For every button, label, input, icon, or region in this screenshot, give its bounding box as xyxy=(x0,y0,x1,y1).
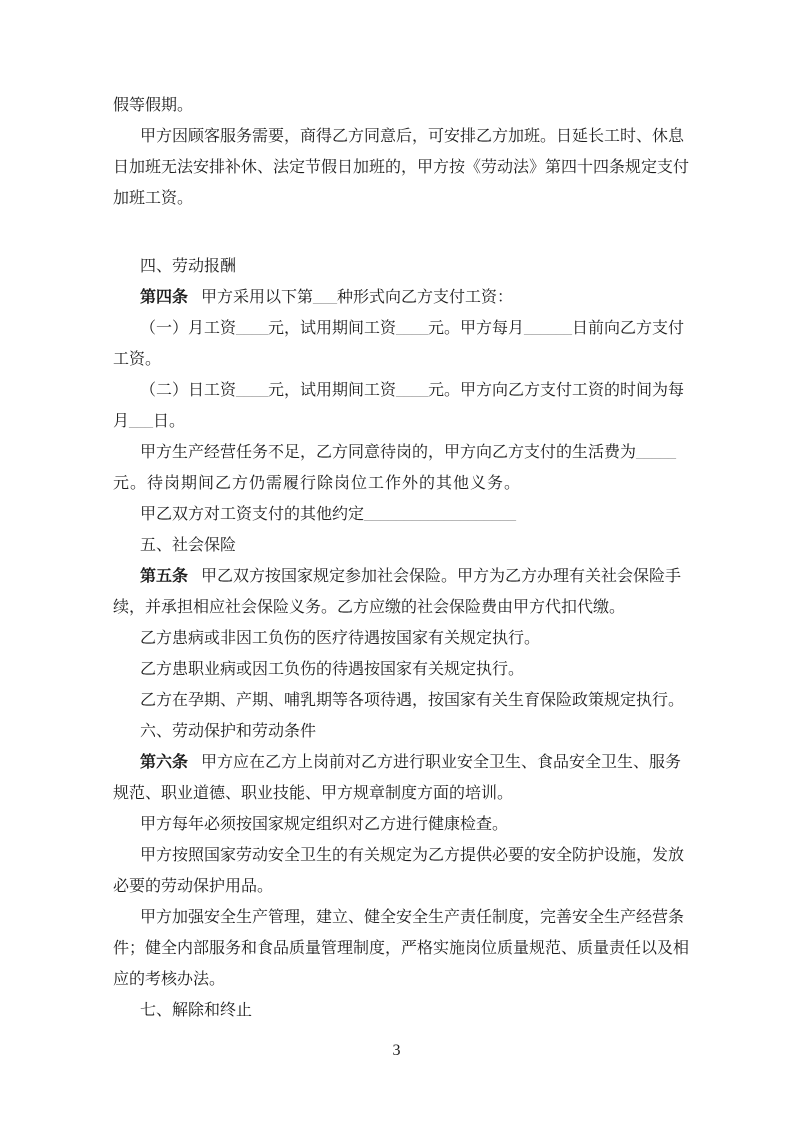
text-line: 第五条甲乙双方按国家规定参加社会保险。甲方为乙方办理有关社会保险手 xyxy=(113,561,700,592)
text-segment: （一）月工资 xyxy=(140,320,236,337)
text-segment: 月 xyxy=(113,413,129,430)
blank-field: ______ xyxy=(524,320,572,337)
text-segment: 种形式向乙方支付工资： xyxy=(337,289,513,306)
text-segment: 加班工资。 xyxy=(113,190,193,207)
text-segment: 元，试用期间工资 xyxy=(268,382,396,399)
text-segment: 七、解除和终止 xyxy=(140,1002,252,1019)
text-segment: 乙方患职业病或因工负伤的待遇按国家有关规定执行。 xyxy=(140,661,524,678)
blank-field: ___ xyxy=(313,289,337,306)
text-segment: 甲方加强安全生产管理，建立、健全安全生产责任制度，完善安全生产经营条 xyxy=(140,909,684,926)
document-page: 假等假期。甲方因顾客服务需要，商得乙方同意后，可安排乙方加班。日延长工时、休息日… xyxy=(0,0,793,1122)
text-segment: 元。甲方每月 xyxy=(428,320,524,337)
text-segment: 甲方因顾客服务需要，商得乙方同意后，可安排乙方加班。日延长工时、休息 xyxy=(140,128,684,145)
text-line: 月___日。 xyxy=(113,406,700,437)
page-number: 3 xyxy=(0,1040,793,1062)
text-segment: 六、劳动保护和劳动条件 xyxy=(140,723,316,740)
blank-field: ___ xyxy=(129,413,153,430)
text-line: 甲方加强安全生产管理，建立、健全安全生产责任制度，完善安全生产经营条 xyxy=(113,902,700,933)
text-segment: 必要的劳动保护用品。 xyxy=(113,878,273,895)
text-segment: 乙方患病或非因工负伤的医疗待遇按国家有关规定执行。 xyxy=(140,630,540,647)
text-segment: 乙方在孕期、产期、哺乳期等各项待遇，按国家有关生育保险政策规定执行。 xyxy=(140,692,684,709)
blank-field: ____ xyxy=(236,382,268,399)
text-segment: 四、劳动报酬 xyxy=(140,258,236,275)
text-segment: 假等假期。 xyxy=(113,97,193,114)
text-segment: 甲方每年必须按国家规定组织对乙方进行健康检查。 xyxy=(140,816,508,833)
text-segment: 甲乙双方对工资支付的其他约定 xyxy=(140,506,364,523)
text-line: 五、社会保险 xyxy=(113,530,700,561)
text-line: 假等假期。 xyxy=(113,90,700,121)
blank-field: ____ xyxy=(236,320,268,337)
text-line: 续，并承担相应社会保险义务。乙方应缴的社会保险费由甲方代扣代缴。 xyxy=(113,592,700,623)
text-line: 甲方因顾客服务需要，商得乙方同意后，可安排乙方加班。日延长工时、休息 xyxy=(113,121,700,152)
text-segment: 日加班无法安排补休、法定节假日加班的，甲方按《劳动法》第四十四条规定支付 xyxy=(113,159,689,176)
text-line: 第四条甲方采用以下第___种形式向乙方支付工资： xyxy=(113,282,700,313)
text-line: 日加班无法安排补休、法定节假日加班的，甲方按《劳动法》第四十四条规定支付 xyxy=(113,152,700,183)
text-line: 元。待岗期间乙方仍需履行除岗位工作外的其他义务。 xyxy=(113,468,700,499)
text-line: 甲乙双方对工资支付的其他约定___________________ xyxy=(113,499,700,530)
text-segment: 日前向乙方支付 xyxy=(572,320,684,337)
text-segment: 甲方应在乙方上岗前对乙方进行职业安全卫生、食品安全卫生、服务 xyxy=(201,754,681,771)
text-segment: 应的考核办法。 xyxy=(113,971,225,988)
text-line: 甲方按照国家劳动安全卫生的有关规定为乙方提供必要的安全防护设施，发放 xyxy=(113,840,700,871)
text-line: 乙方患病或非因工负伤的医疗待遇按国家有关规定执行。 xyxy=(113,623,700,654)
text-segment: 甲方采用以下第 xyxy=(201,289,313,306)
text-segment: 元，试用期间工资 xyxy=(268,320,396,337)
text-line: 六、劳动保护和劳动条件 xyxy=(113,716,700,747)
text-line: 甲方每年必须按国家规定组织对乙方进行健康检查。 xyxy=(113,809,700,840)
text-line: 应的考核办法。 xyxy=(113,964,700,995)
text-segment: 五、社会保险 xyxy=(140,537,236,554)
text-line: 工资。 xyxy=(113,344,700,375)
blank-field: ____ xyxy=(396,320,428,337)
text-line: 乙方患职业病或因工负伤的待遇按国家有关规定执行。 xyxy=(113,654,700,685)
text-segment: 工资。 xyxy=(113,351,161,368)
text-line: 件；健全内部服务和食品质量管理制度，严格实施岗位质量规范、质量责任以及相 xyxy=(113,933,700,964)
text-line: （一）月工资____元，试用期间工资____元。甲方每月______日前向乙方支… xyxy=(113,313,700,344)
text-line: 甲方生产经营任务不足，乙方同意待岗的，甲方向乙方支付的生活费为_____ xyxy=(113,437,700,468)
text-segment: 元。待岗期间乙方仍需履行除岗位工作外的其他义务。 xyxy=(113,475,521,492)
blank-field: _____ xyxy=(636,444,676,461)
clause-keyword: 第六条 xyxy=(140,754,188,771)
text-line: 第六条甲方应在乙方上岗前对乙方进行职业安全卫生、食品安全卫生、服务 xyxy=(113,747,700,778)
text-line: 七、解除和终止 xyxy=(113,995,700,1026)
text-segment: 续，并承担相应社会保险义务。乙方应缴的社会保险费由甲方代扣代缴。 xyxy=(113,599,625,616)
text-segment: （二）日工资 xyxy=(140,382,236,399)
clause-keyword: 第五条 xyxy=(140,568,188,585)
text-segment: 件；健全内部服务和食品质量管理制度，严格实施岗位质量规范、质量责任以及相 xyxy=(113,940,689,957)
clause-keyword: 第四条 xyxy=(140,289,188,306)
text-line: 乙方在孕期、产期、哺乳期等各项待遇，按国家有关生育保险政策规定执行。 xyxy=(113,685,700,716)
text-line: 加班工资。 xyxy=(113,183,700,214)
text-line: （二）日工资____元，试用期间工资____元。甲方向乙方支付工资的时间为每 xyxy=(113,375,700,406)
blank-field: ____ xyxy=(396,382,428,399)
text-line: 必要的劳动保护用品。 xyxy=(113,871,700,902)
text-segment: 甲乙双方按国家规定参加社会保险。甲方为乙方办理有关社会保险手 xyxy=(201,568,681,585)
contract-body-text: 假等假期。甲方因顾客服务需要，商得乙方同意后，可安排乙方加班。日延长工时、休息日… xyxy=(113,90,700,1026)
text-segment: 甲方生产经营任务不足，乙方同意待岗的，甲方向乙方支付的生活费为 xyxy=(140,444,636,461)
text-line: 规范、职业道德、职业技能、甲方规章制度方面的培训。 xyxy=(113,778,700,809)
text-segment: 规范、职业道德、职业技能、甲方规章制度方面的培训。 xyxy=(113,785,513,802)
blank-field: ___________________ xyxy=(364,506,516,523)
text-segment: 甲方按照国家劳动安全卫生的有关规定为乙方提供必要的安全防护设施，发放 xyxy=(140,847,684,864)
text-line: 四、劳动报酬 xyxy=(113,251,700,282)
text-segment: 元。甲方向乙方支付工资的时间为每 xyxy=(428,382,684,399)
text-segment: 日。 xyxy=(153,413,185,430)
